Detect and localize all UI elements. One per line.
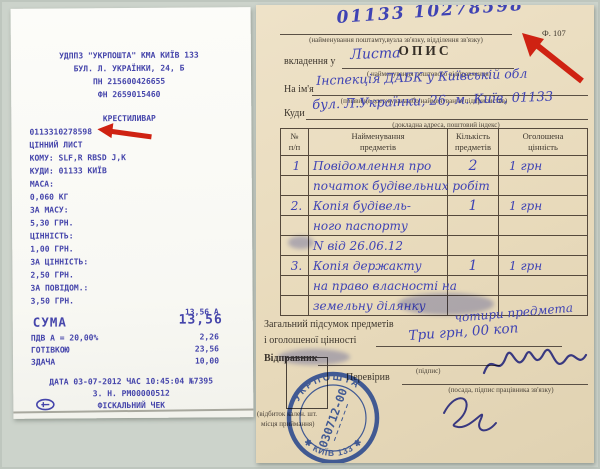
address-label: Куди [284,108,305,119]
receipt-body-line: МАСА: [30,178,54,191]
receipt-body-line: КУДИ: 01133 КИЇВ [30,164,107,178]
receipt-barcode-number: 0113310278598 [29,125,92,138]
items-table: №п/п Найменуванняпредметів Кількістьпред… [280,128,588,316]
col-header: № [281,131,308,142]
col-header: Найменування [309,131,447,142]
receipt-body-line: ЗА МАСУ: [30,203,69,216]
row-qty: 1 [448,196,499,216]
checker-signature [436,383,506,438]
fiscal-logo-icon [35,399,55,411]
receipt-total-value: 13,56 [179,312,223,327]
photo-frame: УДППЗ "УКРПОШТА" КМА КИЇВ 133 БУЛ. Л. УК… [0,0,600,469]
receipt-amount-value: 10,00 [195,354,219,367]
col-header: предметів [309,142,447,153]
receipt-paper: УДППЗ "УКРПОШТА" КМА КИЇВ 133 БУЛ. Л. УК… [11,7,254,419]
form-postal-number-handwritten: 01133 10278598 [336,5,525,28]
table-row: початок будівельних робіт [281,176,588,196]
enclosure-label: вкладення у [284,56,335,67]
row-val [499,236,588,256]
row-num [281,216,309,236]
form-top-line [280,34,512,35]
row-val: 1 грн [499,196,588,216]
receipt-header-line: ФН 2659015460 [15,87,243,102]
receipt-body-line: 2,50 ГРН. [30,268,73,281]
row-num: 2. [281,196,309,216]
receipt-body-line: 5,30 ГРН. [30,216,73,229]
row-name: Копія будівель- [309,196,448,216]
totals-label-line1: Загальний підсумок предметів [264,319,394,330]
opys-form-paper: 01133 10278598 (найменування поштамту,ву… [256,5,594,463]
ink-smudge [288,236,314,249]
addressee-label: На ім'я [284,84,314,95]
receipt-body-line: 0,060 КГ [30,190,69,203]
row-qty: 2 [448,156,499,176]
stamp-rim-text: УКРПОШТА [292,372,363,404]
sender-signature [478,333,590,385]
row-name: ного паспорту [309,216,448,236]
table-row: 2. Копія будівель- 1 1 грн [281,196,588,216]
items-table-header: №п/п Найменуванняпредметів Кількістьпред… [281,129,588,156]
ink-smudge [398,293,494,315]
sender-caption: (підпис) [416,367,441,375]
col-header: Оголошена [499,131,587,142]
table-row: N від 26.06.12 [281,236,588,256]
address-value-handwritten: бул. Л.Українки, 26, м. Київ, 01133 [312,90,553,113]
row-qty [448,236,499,256]
row-name: початок будівельних робіт [309,176,448,196]
row-num [281,296,309,316]
receipt-body-line: ЗА ЦІННІСТЬ: [30,255,88,268]
receipt-body-line: ЦІННІСТЬ: [30,229,73,242]
round-postal-stamp: УКРПОШТА ✱ КИЇВ 133 ✱ 030712-00 [278,361,388,463]
receipt-amount-label: ЗДАЧА [31,356,55,369]
row-name: Копія держакту [309,256,448,276]
receipt-body-line: ЗА ПОВІДОМ.: [30,281,88,294]
row-val: 1 грн [499,256,588,276]
col-header: Кількість [448,131,498,142]
row-qty: 1 [448,256,499,276]
red-arrow-icon [97,122,155,142]
row-name: N від 26.06.12 [309,236,448,256]
svg-text:УКРПОШТА: УКРПОШТА [292,372,363,404]
col-header: п/п [281,142,308,153]
totals-label-line2: і оголошеної цінності [264,335,356,346]
enclosure-value-handwritten: Листа [350,45,401,63]
table-row: 3. Копія держакту 1 1 грн [281,256,588,276]
row-qty [448,176,499,196]
row-val [499,176,588,196]
row-val [499,216,588,236]
receipt-body-line: 1,00 ГРН. [30,242,73,255]
col-header: цінність [499,142,587,153]
row-num: 1 [281,156,309,176]
address-line [306,119,588,120]
row-val [499,276,588,296]
row-num: 3. [281,256,309,276]
stamp-date: 030712-00 [316,386,350,449]
row-num [281,176,309,196]
col-header: предметів [448,142,498,153]
receipt-body-line: 3,50 ГРН. [31,294,74,307]
row-name: Повідомлення про [309,156,448,176]
receipt-total-label: СУМА [33,314,67,329]
table-row: ного паспорту [281,216,588,236]
row-qty [448,216,499,236]
receipt-body-line: ЦІННИЙ ЛИСТ [29,138,82,151]
row-val: 1 грн [499,156,588,176]
row-num [281,276,309,296]
table-row: 1 Повідомлення про 2 1 грн [281,156,588,176]
receipt-body-line: КОМУ: SLF,R RBSD J,K [30,151,126,165]
